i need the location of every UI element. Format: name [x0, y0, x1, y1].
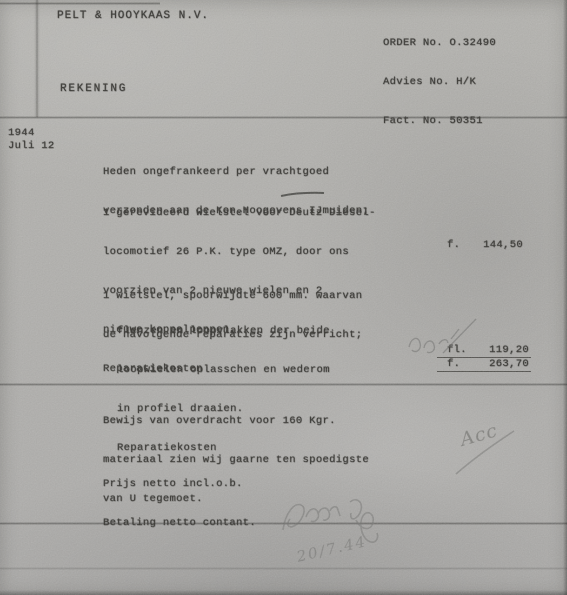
amount-row-1: f. 144,50: [447, 239, 523, 252]
text-line: 1 gerevideerd wielstel voor Deutz Diesel…: [103, 207, 376, 220]
reference-block: ORDER No. O.32490 Advies No. H/K Fact. N…: [383, 11, 496, 154]
page-edge-shadow: [0, 590, 567, 595]
scanned-invoice-page: PELT & HOOYKAAS N.V. ORDER No. O.32490 A…: [0, 0, 567, 595]
currency-symbol: f.: [447, 239, 460, 252]
text-line: flenzen en loopvlakken der beide: [117, 325, 330, 338]
approval-mark: Acc: [458, 419, 501, 451]
vertical-crease: [36, 0, 38, 117]
text-line: locomotief 26 P.K. type OMZ, door ons: [103, 246, 376, 259]
company-name: PELT & HOOYKAAS N.V.: [57, 10, 209, 23]
text-line: Betaling netto contant.: [103, 517, 256, 530]
amount-row-2: fl. 119,20: [437, 344, 531, 358]
currency-symbol: f.: [447, 358, 460, 371]
text-line: Prijs netto incl.o.b.: [103, 478, 256, 491]
amount-value: 263,70: [489, 358, 529, 371]
date-day: Juli 12: [8, 140, 55, 153]
text-line: Heden ongefrankeerd per vrachtgoed: [103, 166, 369, 179]
order-number: ORDER No. O.32490: [383, 37, 496, 50]
amount-value: 144,50: [483, 239, 523, 252]
scan-streak: [0, 2, 160, 5]
date-year: 1944: [8, 127, 35, 140]
amount-value: 119,20: [489, 344, 529, 357]
handwritten-date-mark: 20/7.44: [295, 532, 369, 566]
invoice-number: Fact. No. 50351: [383, 115, 496, 128]
pencil-flourish: [456, 431, 514, 474]
fold-line: [0, 567, 567, 570]
text-line: loopwielen oplasschen en wederom: [117, 364, 330, 377]
advies-number: Advies No. H/K: [383, 76, 496, 89]
document-title: REKENING: [60, 83, 127, 96]
paragraph-terms: Prijs netto incl.o.b. Betaling netto con…: [103, 452, 256, 556]
total-row: f. 263,70: [437, 358, 531, 372]
text-line: Bewijs van overdracht voor 160 Kgr.: [103, 415, 369, 428]
currency-symbol: fl.: [447, 344, 467, 357]
page-edge-shadow: [563, 0, 567, 595]
